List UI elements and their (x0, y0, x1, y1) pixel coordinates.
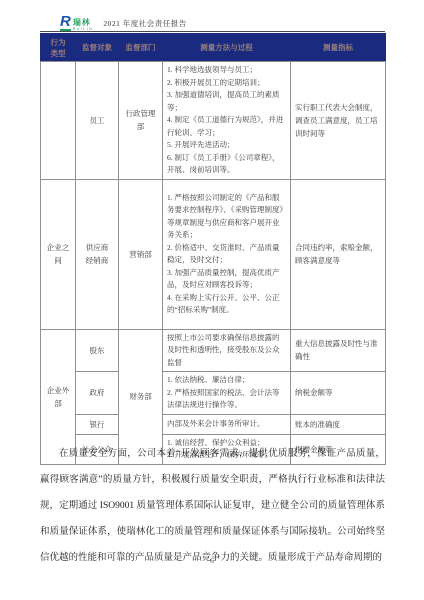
responsibility-table: 行为 类型 监督对象 监督部门 测量方法与过程 测量指标 员工 行政管理部 1.… (40, 33, 386, 465)
logo-chinese-text: 瑞林 (73, 19, 93, 27)
cell-department: 营销部 (119, 179, 163, 329)
table-row: 银行 内部及外来会计事务所审计。 账本的准确度 (41, 414, 386, 434)
cell-indicators: 账本的准确度 (291, 414, 386, 434)
table-row: 政府 1. 依法纳税、廉洁自律； 2. 严格按照国家的税法、会计法等法律法规进行… (41, 372, 386, 415)
document-page: R 瑞林 RUILIN 2021 年度社会责任报告 行为 类型 监督对象 监督部… (0, 0, 424, 600)
cell-methods: 1. 科学地选拔领导与员工； 2. 积极开展员工的定期培训； 3. 加强道德培训… (163, 62, 291, 180)
cell-indicators: 纳税金额等 (291, 372, 386, 415)
header-cell-department: 监督部门 (119, 34, 163, 62)
table-header-row: 行为 类型 监督对象 监督部门 测量方法与过程 测量指标 (41, 34, 386, 62)
logo-latin-text: RUILIN (73, 28, 93, 32)
header-cell-methods: 测量方法与过程 (163, 34, 291, 62)
page-number: 6 (0, 556, 424, 565)
table-row: 员工 行政管理部 1. 科学地选拔领导与员工； 2. 积极开展员工的定期培训； … (41, 62, 386, 180)
cell-indicators: 合同违约率，索赔金额，顾客满意度等 (291, 179, 386, 329)
logo-r-icon: R (60, 14, 71, 31)
cell-methods: 1. 依法纳税、廉洁自律； 2. 严格按照国家的税法、会计法等法律法规进行操作等… (163, 372, 291, 415)
table-row: 企业之 间 供应商 经销商 营销部 1. 严格按照公司制定的《产品和服务要求控制… (41, 179, 386, 329)
cell-methods: 内部及外来会计事务所审计。 (163, 414, 291, 434)
cell-behavior-type (41, 62, 76, 180)
cell-target: 股东 (76, 329, 119, 372)
table-row: 企业外 部 股东 财务部 按照上市公司要求确保信息披露的及时性和透明性，接受股东… (41, 329, 386, 372)
company-logo: R 瑞林 RUILIN (60, 14, 93, 31)
cell-target: 银行 (76, 414, 119, 434)
cell-target: 政府 (76, 372, 119, 415)
header-cell-target: 监督对象 (76, 34, 119, 62)
cell-methods: 1. 严格按照公司制定的《产品和服务要求控制程序》、《采购管理制度》等规章制度与… (163, 179, 291, 329)
header-cell-indicators: 测量指标 (291, 34, 386, 62)
quality-safety-paragraph: 在质量安全方面，公司本着“开发顾客需求，提供优质服务，保证产品质量，赢得顾客满意… (40, 441, 385, 571)
report-title: 2021 年度社会责任报告 (103, 18, 186, 31)
cell-target: 供应商 经销商 (76, 179, 119, 329)
cell-department: 行政管理部 (119, 62, 163, 180)
cell-indicators: 实行职工代表大会制度，调查员工满意度，员工培训时间等 (291, 62, 386, 180)
cell-indicators: 重大信息披露及时性与准确性 (291, 329, 386, 372)
logo-wordmark: 瑞林 RUILIN (73, 19, 93, 32)
cell-methods: 按照上市公司要求确保信息披露的及时性和透明性，接受股东及公众监督 (163, 329, 291, 372)
document-header: R 瑞林 RUILIN 2021 年度社会责任报告 (40, 8, 385, 32)
cell-behavior-type: 企业之 间 (41, 179, 76, 329)
cell-target: 员工 (76, 62, 119, 180)
header-cell-behavior-type: 行为 类型 (41, 34, 76, 62)
